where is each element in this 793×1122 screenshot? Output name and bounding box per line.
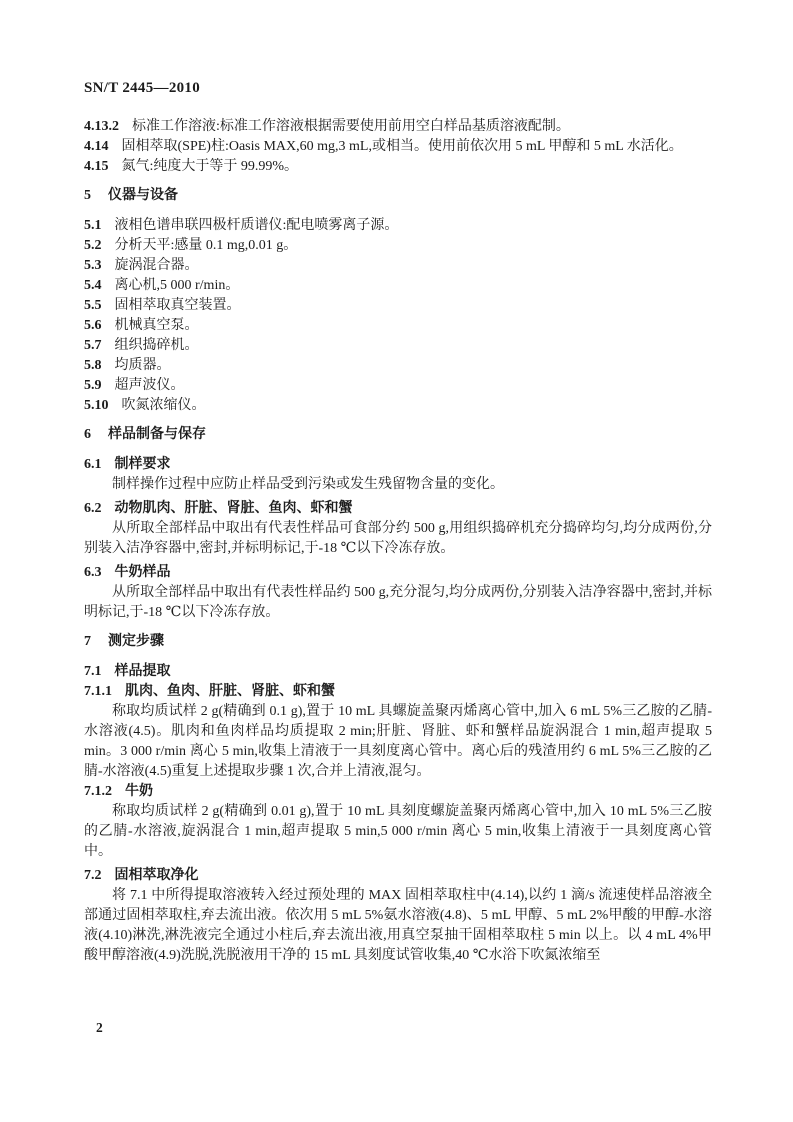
clause-text: 样品提取 xyxy=(115,664,171,679)
clause-5.1: 5.1液相色谱串联四极杆质谱仪:配电喷雾离子源。 xyxy=(84,216,712,236)
subsection-heading-6.3: 6.3牛奶样品 xyxy=(84,563,712,583)
clause-4.14: 4.14固相萃取(SPE)柱:Oasis MAX,60 mg,3 mL,或相当。… xyxy=(84,137,712,157)
clause-text: 从所取全部样品中取出有代表性样品约 500 g,充分混匀,均分成两份,分别装入洁… xyxy=(84,585,712,620)
paragraph: 将 7.1 中所得提取溶液转入经过预处理的 MAX 固相萃取柱中(4.14),以… xyxy=(84,886,712,966)
clause-text: 分析天平:感量 0.1 mg,0.01 g。 xyxy=(115,238,298,253)
clause-text: 牛奶 xyxy=(125,784,153,799)
clause-text: 将 7.1 中所得提取溶液转入经过预处理的 MAX 固相萃取柱中(4.14),以… xyxy=(84,888,712,963)
clause-text: 离心机,5 000 r/min。 xyxy=(115,278,240,293)
clause-text: 制样操作过程中应防止样品受到污染或发生残留物含量的变化。 xyxy=(112,477,504,492)
clause-text: 旋涡混合器。 xyxy=(115,258,199,273)
clause-number: 5 xyxy=(84,188,108,203)
clause-text: 吹氮浓缩仪。 xyxy=(122,398,206,413)
clause-number: 4.15 xyxy=(84,159,122,174)
clause-text: 固相萃取(SPE)柱:Oasis MAX,60 mg,3 mL,或相当。使用前依… xyxy=(122,139,683,154)
clause-5.6: 5.6机械真空泵。 xyxy=(84,316,712,336)
clause-number: 6.1 xyxy=(84,457,115,472)
clause-text: 机械真空泵。 xyxy=(115,318,199,333)
clause-number: 5.1 xyxy=(84,218,115,233)
clause-5.10: 5.10吹氮浓缩仪。 xyxy=(84,396,712,416)
document-content: 4.13.2标准工作溶液:标准工作溶液根据需要使用前用空白样品基质溶液配制。4.… xyxy=(84,117,712,966)
section-heading-6: 6样品制备与保存 xyxy=(84,425,712,445)
clause-text: 称取均质试样 2 g(精确到 0.1 g),置于 10 mL 具螺旋盖聚丙烯离心… xyxy=(84,704,712,779)
clause-text: 仪器与设备 xyxy=(108,188,178,203)
clause-5.4: 5.4离心机,5 000 r/min。 xyxy=(84,276,712,296)
clause-text: 超声波仪。 xyxy=(115,378,185,393)
clause-number: 4.14 xyxy=(84,139,122,154)
clause-number: 5.2 xyxy=(84,238,115,253)
subsection-heading-7.1.2: 7.1.2牛奶 xyxy=(84,782,712,802)
paragraph: 从所取全部样品中取出有代表性样品可食部分约 500 g,用组织捣碎机充分捣碎均匀… xyxy=(84,519,712,559)
clause-text: 制样要求 xyxy=(115,457,171,472)
clause-text: 称取均质试样 2 g(精确到 0.01 g),置于 10 mL 具刻度螺旋盖聚丙… xyxy=(84,804,712,859)
clause-number: 7 xyxy=(84,634,108,649)
clause-5.8: 5.8均质器。 xyxy=(84,356,712,376)
clause-text: 动物肌肉、肝脏、肾脏、鱼肉、虾和蟹 xyxy=(115,501,353,516)
clause-number: 5.3 xyxy=(84,258,115,273)
clause-number: 5.8 xyxy=(84,358,115,373)
subsection-heading-7.1: 7.1样品提取 xyxy=(84,662,712,682)
clause-number: 5.5 xyxy=(84,298,115,313)
section-heading-7: 7测定步骤 xyxy=(84,632,712,652)
standard-code-header: SN/T 2445—2010 xyxy=(84,80,712,97)
clause-5.5: 5.5固相萃取真空装置。 xyxy=(84,296,712,316)
clause-text: 均质器。 xyxy=(115,358,171,373)
subsection-heading-7.1.1: 7.1.1肌肉、鱼肉、肝脏、肾脏、虾和蟹 xyxy=(84,682,712,702)
paragraph: 称取均质试样 2 g(精确到 0.1 g),置于 10 mL 具螺旋盖聚丙烯离心… xyxy=(84,702,712,782)
clause-number: 4.13.2 xyxy=(84,119,132,134)
clause-number: 5.4 xyxy=(84,278,115,293)
document-page: SN/T 2445—2010 4.13.2标准工作溶液:标准工作溶液根据需要使用… xyxy=(0,0,793,1122)
clause-number: 7.1.1 xyxy=(84,684,125,699)
clause-text: 液相色谱串联四极杆质谱仪:配电喷雾离子源。 xyxy=(115,218,399,233)
page-number: 2 xyxy=(96,1020,103,1036)
clause-text: 肌肉、鱼肉、肝脏、肾脏、虾和蟹 xyxy=(125,684,335,699)
clause-number: 5.6 xyxy=(84,318,115,333)
clause-text: 组织捣碎机。 xyxy=(115,338,199,353)
clause-text: 样品制备与保存 xyxy=(108,427,206,442)
paragraph: 称取均质试样 2 g(精确到 0.01 g),置于 10 mL 具刻度螺旋盖聚丙… xyxy=(84,802,712,862)
clause-5.9: 5.9超声波仪。 xyxy=(84,376,712,396)
clause-number: 7.1 xyxy=(84,664,115,679)
clause-number: 5.7 xyxy=(84,338,115,353)
clause-5.3: 5.3旋涡混合器。 xyxy=(84,256,712,276)
clause-number: 5.9 xyxy=(84,378,115,393)
paragraph: 从所取全部样品中取出有代表性样品约 500 g,充分混匀,均分成两份,分别装入洁… xyxy=(84,583,712,623)
clause-number: 6.2 xyxy=(84,501,115,516)
clause-text: 牛奶样品 xyxy=(115,565,171,580)
clause-text: 标准工作溶液:标准工作溶液根据需要使用前用空白样品基质溶液配制。 xyxy=(132,119,570,134)
clause-text: 固相萃取真空装置。 xyxy=(115,298,241,313)
clause-text: 氮气:纯度大于等于 99.99%。 xyxy=(122,159,299,174)
clause-5.2: 5.2分析天平:感量 0.1 mg,0.01 g。 xyxy=(84,236,712,256)
clause-number: 7.1.2 xyxy=(84,784,125,799)
clause-text: 固相萃取净化 xyxy=(115,868,199,883)
page-body: SN/T 2445—2010 4.13.2标准工作溶液:标准工作溶液根据需要使用… xyxy=(0,0,793,966)
clause-5.7: 5.7组织捣碎机。 xyxy=(84,336,712,356)
subsection-heading-6.1: 6.1制样要求 xyxy=(84,455,712,475)
section-heading-5: 5仪器与设备 xyxy=(84,186,712,206)
clause-number: 6.3 xyxy=(84,565,115,580)
clause-number: 6 xyxy=(84,427,108,442)
clause-4.15: 4.15氮气:纯度大于等于 99.99%。 xyxy=(84,157,712,177)
paragraph: 制样操作过程中应防止样品受到污染或发生残留物含量的变化。 xyxy=(84,475,712,495)
clause-text: 测定步骤 xyxy=(108,634,164,649)
clause-text: 从所取全部样品中取出有代表性样品可食部分约 500 g,用组织捣碎机充分捣碎均匀… xyxy=(84,521,712,556)
subsection-heading-7.2: 7.2固相萃取净化 xyxy=(84,866,712,886)
subsection-heading-6.2: 6.2动物肌肉、肝脏、肾脏、鱼肉、虾和蟹 xyxy=(84,499,712,519)
clause-number: 5.10 xyxy=(84,398,122,413)
clause-4.13.2: 4.13.2标准工作溶液:标准工作溶液根据需要使用前用空白样品基质溶液配制。 xyxy=(84,117,712,137)
clause-number: 7.2 xyxy=(84,868,115,883)
